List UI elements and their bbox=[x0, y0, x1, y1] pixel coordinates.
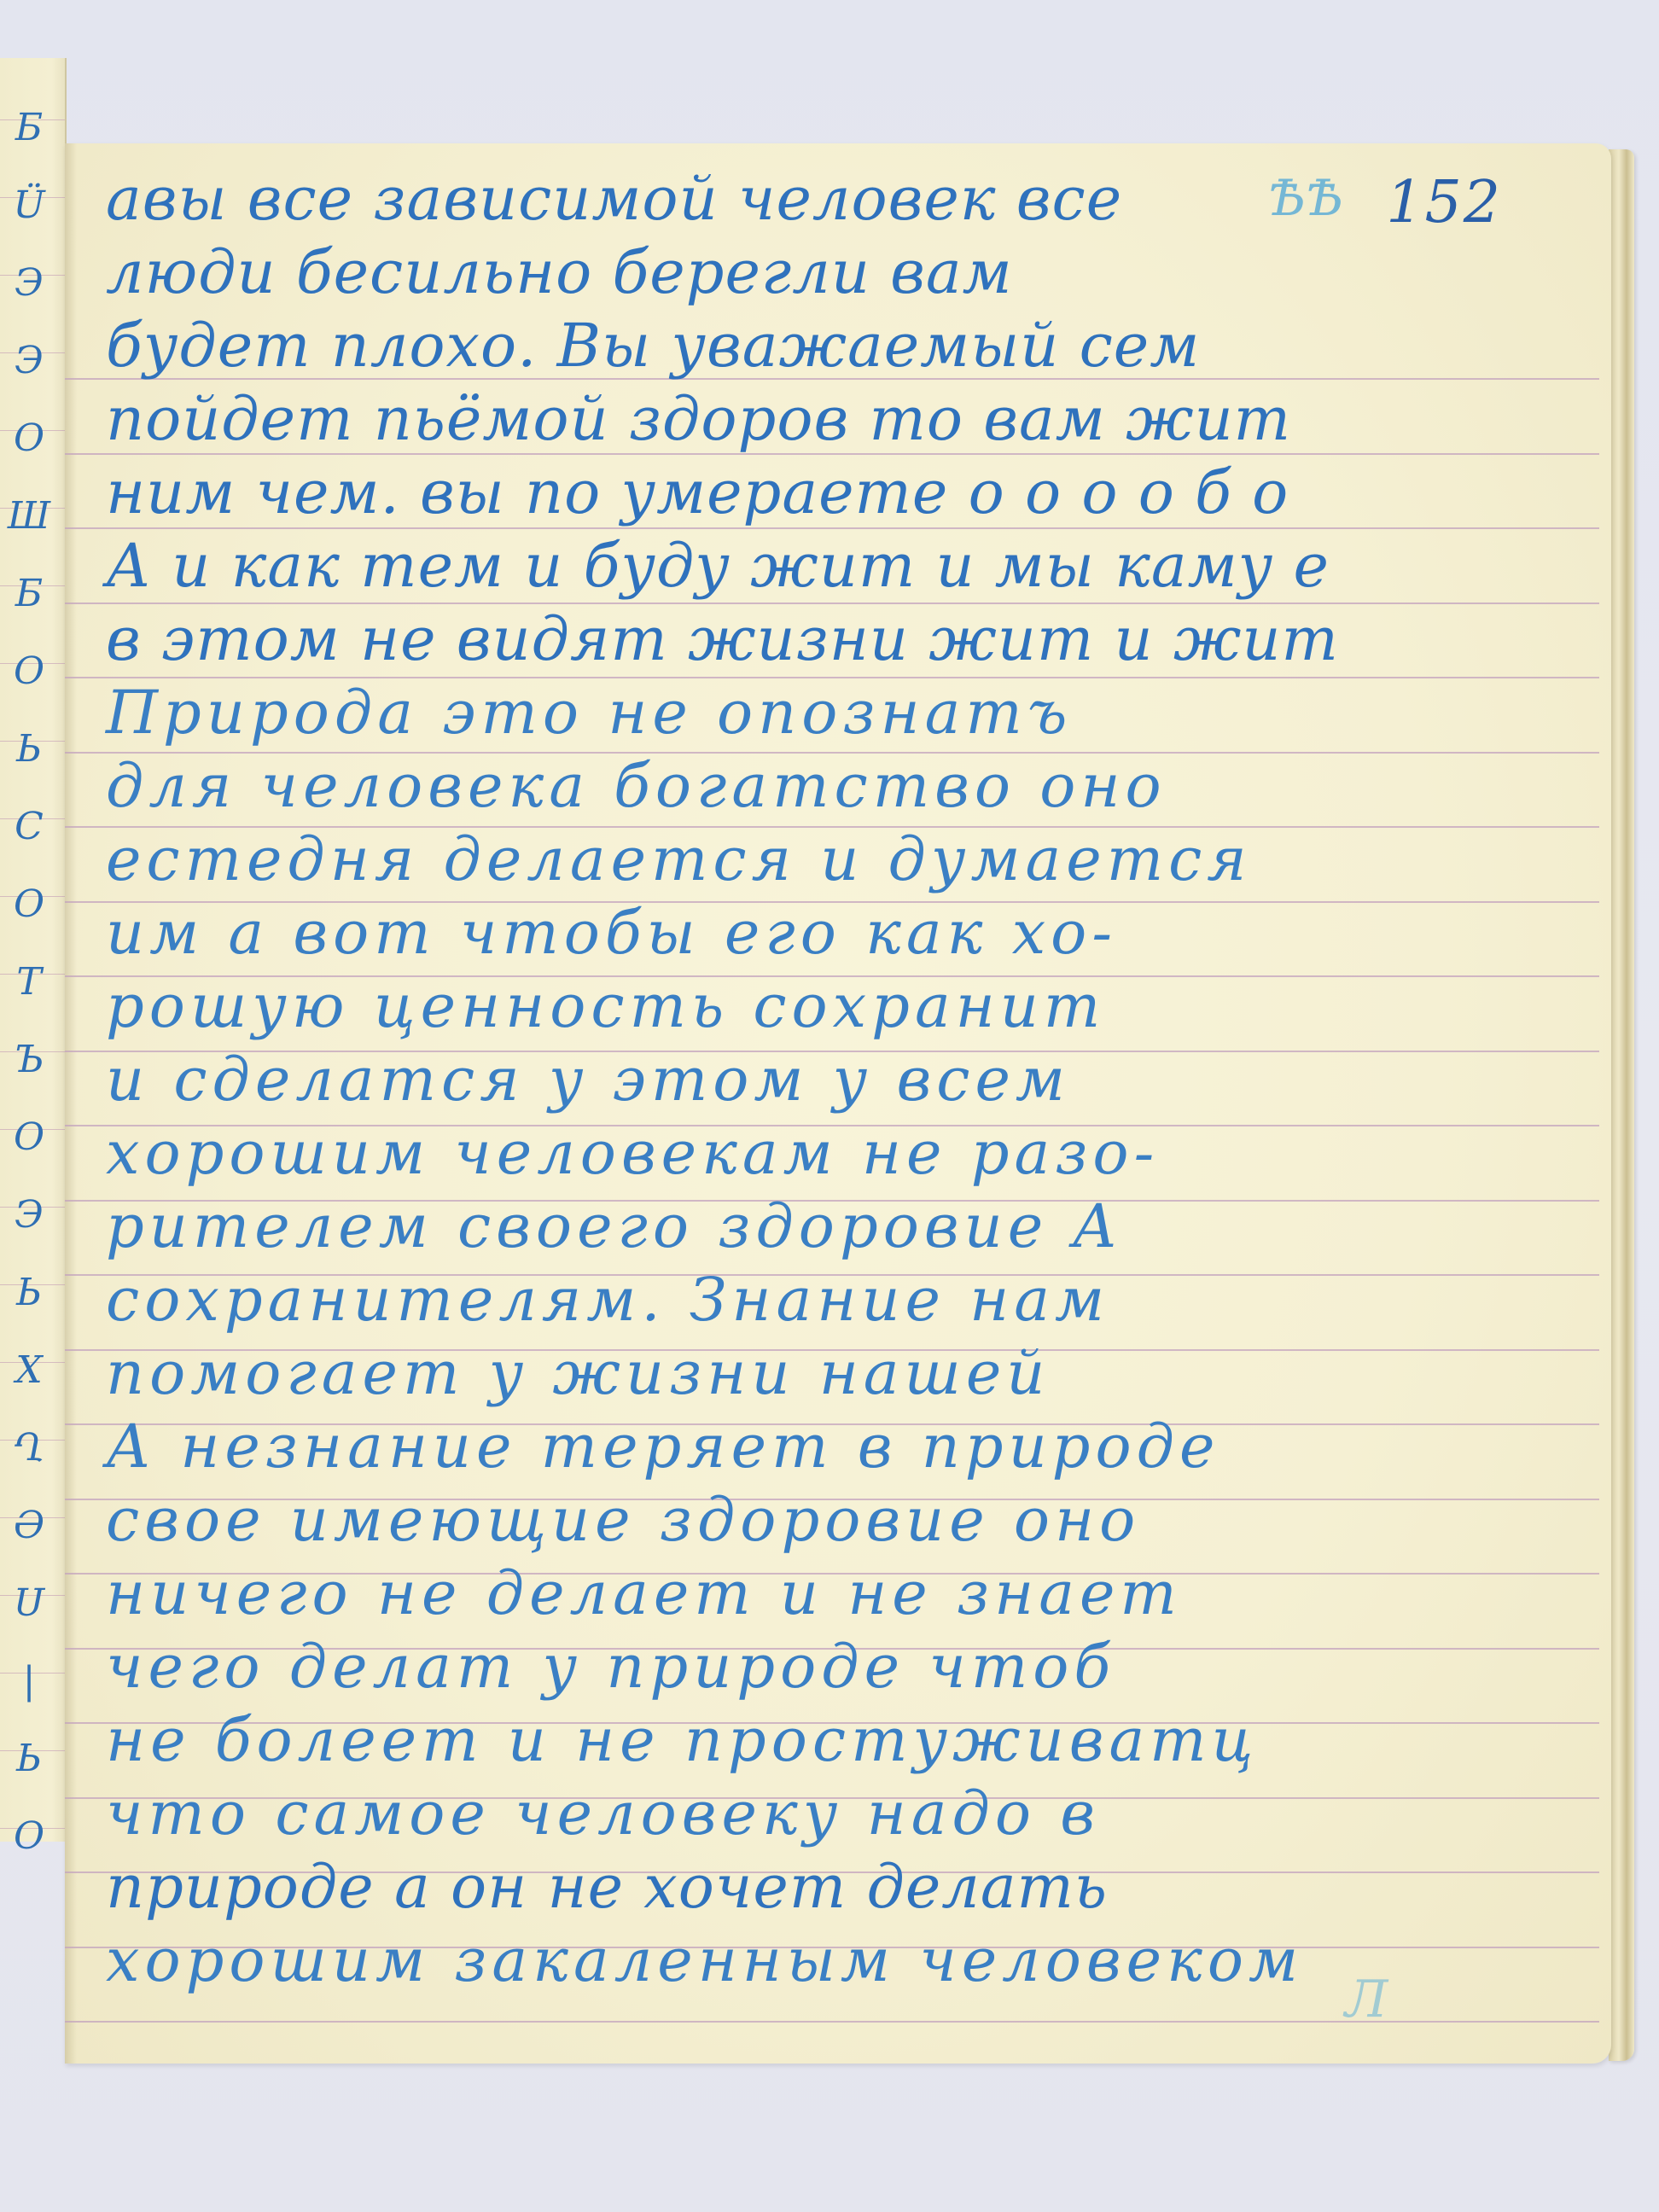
handwritten-line: люди бесильно берегли вам bbox=[106, 242, 1534, 302]
handwritten-line: ним чем. вы по умераете о о о о б о bbox=[106, 463, 1534, 522]
handwritten-line: чего делат у природе чтоб bbox=[106, 1637, 1534, 1697]
margin-glyph: О bbox=[3, 1119, 55, 1156]
handwritten-line: для человека богатство оно bbox=[106, 756, 1534, 816]
margin-glyph: Ь bbox=[3, 1740, 55, 1778]
gutter-shadow bbox=[65, 143, 77, 2064]
ruled-line bbox=[65, 2021, 1599, 2023]
margin-glyph: Э bbox=[3, 265, 55, 302]
handwritten-line: хорошим закаленным человеком bbox=[106, 1930, 1534, 1990]
handwritten-line: помогает у жизни нашей bbox=[106, 1343, 1534, 1403]
handwritten-line: будет плохо. Вы уважаемый сем bbox=[106, 316, 1534, 375]
margin-glyph: О bbox=[3, 420, 55, 457]
margin-glyph: О bbox=[3, 1818, 55, 1855]
handwritten-line: не болеет и не простуживатц bbox=[106, 1710, 1534, 1770]
handwritten-line: пойдет пьёмой здоров то вам жит bbox=[106, 389, 1534, 449]
handwritten-line: А незнание теряет в природе bbox=[106, 1417, 1534, 1476]
margin-glyph: Э bbox=[3, 1196, 55, 1234]
ruled-line bbox=[65, 527, 1599, 529]
handwritten-line: природе а он не хочет делать bbox=[106, 1857, 1534, 1917]
photo-scene: БÜЭЭОШБОЬСОТЪОЭЬХՂӘՍ|ЬО ѢѢ 152 Л авы все… bbox=[0, 0, 1659, 2212]
handwritten-line: им а вот чтобы его как хо- bbox=[106, 903, 1534, 963]
handwritten-line: естедня делается и думается bbox=[106, 829, 1534, 889]
margin-glyph: Т bbox=[3, 963, 55, 1001]
handwritten-line: сохранителям. Знание нам bbox=[106, 1270, 1534, 1330]
handwritten-line: А и как тем и буду жит и мы каму е bbox=[106, 536, 1534, 596]
handwritten-line: авы все зависимой человек все bbox=[106, 169, 1534, 229]
page-stack-edge bbox=[1609, 149, 1634, 2061]
margin-glyph: Б bbox=[3, 575, 55, 613]
margin-glyph: Ь bbox=[3, 731, 55, 768]
handwritten-line: рителем своего здоровие А bbox=[106, 1196, 1534, 1256]
handwritten-line: что самое человеку надо в bbox=[106, 1784, 1534, 1843]
margin-glyph: Х bbox=[3, 1352, 55, 1389]
margin-glyph: Ղ bbox=[3, 1429, 55, 1467]
margin-glyph: Б bbox=[3, 109, 55, 147]
handwritten-line: ничего не делает и не знает bbox=[106, 1563, 1534, 1623]
handwritten-line: и сделатся у этом у всем bbox=[106, 1050, 1534, 1109]
margin-glyph: Ш bbox=[3, 498, 55, 535]
notebook-page: ѢѢ 152 Л авы все зависимой человек вселю… bbox=[65, 143, 1611, 2064]
margin-glyph: Ü bbox=[3, 187, 55, 224]
margin-glyph: Ъ bbox=[3, 1041, 55, 1079]
margin-glyph: Ә bbox=[3, 1507, 55, 1545]
handwritten-line: в этом не видят жизни жит и жит bbox=[106, 609, 1534, 669]
margin-glyph: О bbox=[3, 653, 55, 690]
handwritten-line: Природа это не опознатъ bbox=[106, 683, 1534, 742]
margin-glyph: Ь bbox=[3, 1274, 55, 1312]
margin-glyph: | bbox=[3, 1662, 55, 1700]
handwritten-line: свое имеющие здоровие оно bbox=[106, 1490, 1534, 1550]
margin-glyph: Э bbox=[3, 342, 55, 380]
margin-glyph: С bbox=[3, 808, 55, 846]
previous-page-edge: БÜЭЭОШБОЬСОТЪОЭЬХՂӘՍ|ЬО bbox=[0, 58, 67, 1842]
margin-glyph: Ս bbox=[3, 1585, 55, 1622]
margin-glyph: О bbox=[3, 886, 55, 923]
handwritten-line: рошую ценность сохранит bbox=[106, 976, 1534, 1036]
handwritten-line: хорошим человекам не разо- bbox=[106, 1123, 1534, 1183]
